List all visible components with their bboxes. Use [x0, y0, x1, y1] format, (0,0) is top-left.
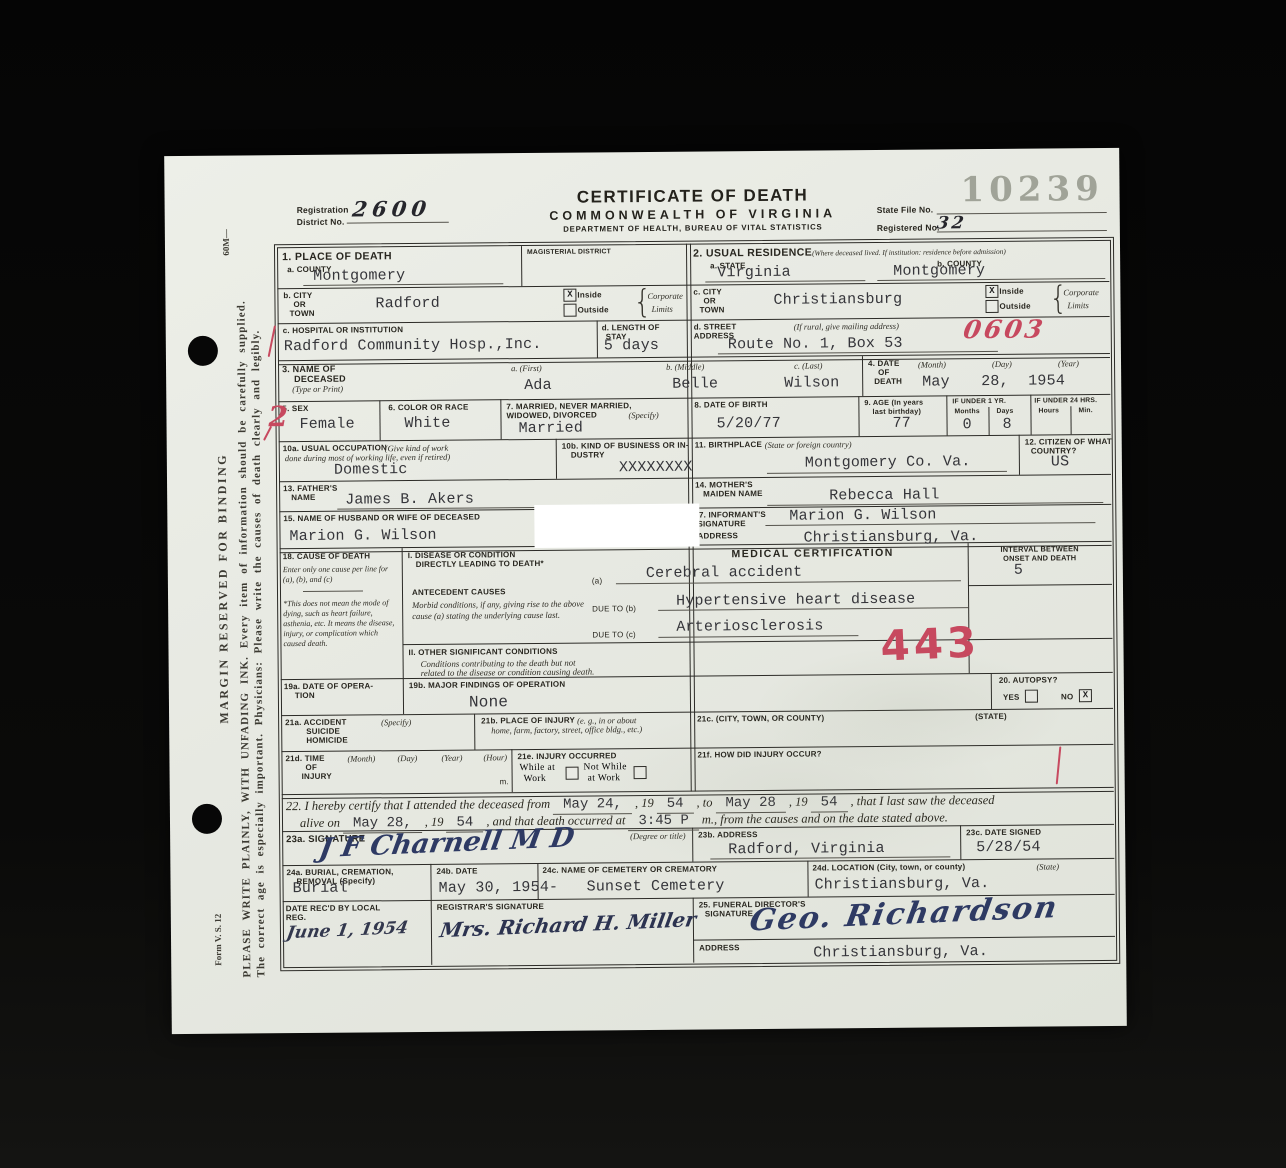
burial-date-label: 24b. DATE	[436, 866, 477, 876]
father-value: James B. Akers	[345, 491, 474, 509]
certify-from-year: 54	[657, 796, 694, 814]
res-outside-checkbox	[985, 300, 998, 313]
while-at-label-2: Work	[524, 774, 547, 784]
certify-text: m., from the causes and on the date stat…	[702, 810, 948, 826]
certify-text: , 19	[425, 815, 444, 829]
findings-label: 19b. MAJOR FINDINGS OF OPERATION	[409, 680, 566, 691]
check-mark: X	[567, 290, 572, 300]
certify-to-value: May 28	[715, 795, 786, 814]
injury-m-label: m.	[500, 777, 509, 787]
physician-address-label: 23b. ADDRESS	[698, 830, 758, 840]
print-run-code: 60M—	[221, 229, 231, 256]
marital-value: Married	[519, 421, 584, 438]
certify-text: 22. I hereby certify that I attended the…	[286, 797, 550, 813]
informant-signature-value: Marion G. Wilson	[789, 507, 936, 525]
res-city-label-3: TOWN	[700, 305, 725, 315]
burial-location-state-note: (State)	[1036, 861, 1059, 872]
registrar-signature-label: REGISTRAR'S SIGNATURE	[437, 902, 544, 913]
mother-label-2: MAIDEN NAME	[703, 489, 763, 499]
degree-title-note: (Degree or title)	[630, 831, 685, 842]
form-number: Form V. S. 12	[213, 914, 223, 966]
place-of-injury-note-2: home, farm, factory, street, office bldg…	[491, 724, 642, 736]
cause-c-label: DUE TO (c)	[592, 630, 636, 640]
certificate-title: CERTIFICATE OF DEATH	[512, 186, 872, 206]
certify-text: , to	[696, 795, 712, 809]
pod-inside-label: Inside	[577, 290, 601, 300]
margin-binding-note: MARGIN RESERVED FOR BINDING	[215, 453, 232, 724]
red-check-slash-hospital	[268, 325, 276, 357]
date-signed-value: 5/28/54	[976, 840, 1041, 857]
morbid-note: Morbid conditions, if any, giving rise t…	[412, 599, 584, 622]
under-24hr-label: IF UNDER 24 HRS.	[1034, 397, 1097, 406]
burial-value: Burial	[293, 881, 348, 898]
min-label: Min.	[1078, 407, 1092, 415]
cause-a-label: (a)	[592, 576, 602, 586]
disease-label-2: DIRECTLY LEADING TO DEATH*	[416, 559, 544, 570]
punch-hole-top	[188, 336, 218, 366]
pod-county-value: Montgomery	[313, 268, 405, 285]
street-note: (If rural, give mailing address)	[794, 321, 899, 333]
pod-limits-label: Limits	[651, 304, 672, 315]
months-value: 0	[962, 417, 971, 434]
other-conditions-note-2: related to the disease or condition caus…	[421, 666, 595, 678]
not-while-label-1: Not While	[583, 762, 626, 772]
certify-text: , 19	[635, 796, 654, 810]
res-state-value: Virginia	[717, 265, 791, 282]
cause-note-2: *This does not mean the mode of dying, s…	[283, 598, 397, 649]
res-inside-label: Inside	[999, 287, 1023, 297]
cause-note-1: Enter only one cause per line for (a), (…	[283, 564, 393, 585]
certify-time-value: 3:45 P	[628, 813, 699, 832]
autopsy-yes-checkbox	[1025, 690, 1038, 703]
pod-inside-checkbox: X	[563, 289, 576, 302]
burial-location-label: 24d. LOCATION (City, town, or county)	[812, 862, 965, 873]
certify-from-value: May 24,	[553, 796, 632, 815]
informant-address-value: Christiansburg, Va.	[803, 529, 978, 547]
magisterial-district-label: MAGISTERIAL DISTRICT	[527, 248, 611, 257]
pod-city-label-3: TOWN	[290, 309, 315, 319]
pod-corporate-label: Corporate	[647, 291, 683, 302]
check-mark: X	[1083, 690, 1088, 700]
certify-text: , 19	[789, 795, 808, 809]
pod-outside-checkbox	[563, 304, 576, 317]
under-1yr-label: IF UNDER 1 YR.	[952, 398, 1006, 407]
res-limits-label: Limits	[1067, 300, 1088, 311]
middle-name-label: b. (Middle)	[666, 361, 704, 372]
usual-residence-title: 2. USUAL RESIDENCE	[693, 247, 812, 261]
race-label: 6. COLOR OR RACE	[388, 403, 468, 413]
funeral-address-value: Christiansburg, Va.	[813, 944, 988, 962]
cemetery-label: 24c. NAME OF CEMETERY OR CREMATORY	[542, 864, 717, 875]
date-signed-label: 23c. DATE SIGNED	[966, 828, 1041, 838]
father-label-2: NAME	[291, 493, 315, 503]
spouse-label: 15. NAME OF HUSBAND OR WIFE OF DECEASED	[283, 512, 480, 523]
physician-address-value: Radford, Virginia	[728, 841, 885, 859]
dod-year-value: 1954	[1028, 373, 1065, 390]
time-of-injury-label-3: INJURY	[302, 772, 332, 782]
dod-month-value: May	[922, 374, 950, 391]
industry-value: XXXXXXXX	[619, 460, 693, 477]
registration-label-2: District No.	[297, 217, 345, 228]
days-value: 8	[1002, 417, 1011, 434]
operation-date-label-2: TION	[295, 691, 315, 701]
state-file-stamp-number: 10239	[960, 172, 1104, 207]
dod-month-label: (Month)	[918, 359, 946, 370]
registration-district-number: 2600	[351, 198, 432, 220]
certificate-paper: 60M— MARGIN RESERVED FOR BINDING PLEASE …	[164, 148, 1127, 1034]
date-recd-label-2: REG.	[286, 913, 306, 923]
registration-label-1: Registration	[297, 205, 349, 216]
cemetery-value: Sunset Cemetery	[587, 878, 725, 896]
findings-value: None	[469, 694, 508, 712]
usual-residence-note: (Where deceased lived. If institution: r…	[812, 247, 1006, 258]
last-name-label: c. (Last)	[794, 360, 822, 371]
cause-label: 18. CAUSE OF DEATH	[283, 551, 371, 561]
dod-day-label: (Day)	[992, 359, 1012, 370]
other-conditions-label: II. OTHER SIGNIFICANT CONDITIONS	[408, 647, 557, 658]
res-outside-label: Outside	[999, 302, 1030, 312]
first-name-label: a. (First)	[511, 363, 542, 374]
autopsy-label: 20. AUTOPSY?	[999, 675, 1058, 685]
last-name-value: Wilson	[784, 375, 839, 392]
citizen-value: US	[1051, 454, 1070, 471]
dob-value: 5/20/77	[716, 416, 781, 433]
certify-text: alive on	[300, 816, 340, 830]
commonwealth-subtitle: COMMONWEALTH OF VIRGINIA	[513, 207, 873, 223]
burial-location-value: Christiansburg, Va.	[815, 876, 990, 894]
dod-day-value: 28,	[981, 374, 1009, 391]
name-label-3: (Type or Print)	[292, 384, 343, 395]
injury-hour-label: (Hour)	[483, 752, 507, 763]
dod-year-label: (Year)	[1058, 358, 1079, 369]
place-of-death-title: 1. PLACE OF DEATH	[282, 250, 392, 264]
spouse-value: Marion G. Wilson	[289, 528, 436, 546]
punch-hole-bottom	[192, 804, 222, 834]
autopsy-yes-label: YES	[1003, 693, 1020, 703]
registered-number: 32	[936, 215, 968, 232]
funeral-director-label-2: SIGNATURE	[705, 909, 753, 919]
birthplace-value: Montgomery Co. Va.	[805, 454, 971, 472]
injury-state-label: (STATE)	[975, 712, 1007, 722]
stay-value: 5 days	[604, 338, 659, 355]
autopsy-no-label: NO	[1061, 692, 1073, 702]
cause-b-label: DUE TO (b)	[592, 604, 636, 614]
state-file-label: State File No.	[877, 204, 934, 215]
injury-year-label: (Year)	[441, 753, 462, 764]
scanned-death-certificate: 60M— MARGIN RESERVED FOR BINDING PLEASE …	[0, 0, 1286, 1168]
funeral-address-label: ADDRESS	[699, 943, 740, 953]
certify-text: , that I last saw the deceased	[850, 793, 994, 808]
red-code-0603: 0603	[962, 316, 1048, 342]
not-while-at-work-checkbox	[634, 766, 647, 779]
accident-specify-note: (Specify)	[381, 717, 411, 728]
cause-c-value: Arteriosclerosis	[676, 618, 823, 636]
birthplace-label: 11. BIRTHPLACE	[695, 440, 762, 450]
interval-value: 5	[1014, 563, 1023, 580]
race-value: White	[404, 416, 450, 433]
registered-no-label: Registered No.	[877, 222, 940, 233]
res-corporate-label: Corporate	[1063, 287, 1099, 298]
certify-to-year: 54	[811, 794, 848, 812]
while-at-label-1: While at	[519, 763, 555, 773]
informant-address-label: ADDRESS	[697, 531, 738, 541]
sex-value: Female	[299, 417, 354, 434]
pod-outside-label: Outside	[578, 305, 609, 315]
occupation-value: Domestic	[334, 462, 408, 479]
check-mark: X	[989, 286, 994, 296]
antecedent-label: ANTECEDENT CAUSES	[412, 587, 506, 597]
hospital-label: c. HOSPITAL OR INSTITUTION	[283, 325, 404, 336]
accident-label-3: HOMICIDE	[306, 736, 348, 746]
medical-certification-title: MEDICAL CERTIFICATION	[668, 546, 958, 561]
injury-city-label: 21c. (CITY, TOWN, OR COUNTY)	[697, 713, 824, 724]
autopsy-no-checkbox: X	[1079, 689, 1092, 702]
hospital-value: Radford Community Hosp.,Inc.	[284, 337, 542, 356]
birthplace-note: (State or foreign country)	[765, 439, 852, 450]
res-city-value: Christiansburg	[773, 292, 902, 310]
cause-a-value: Cerebral accident	[646, 565, 803, 583]
not-while-label-2: at Work	[588, 773, 621, 783]
pod-city-value: Radford	[375, 296, 440, 313]
res-inside-checkbox: X	[985, 285, 998, 298]
res-county-value: Montgomery	[893, 263, 985, 280]
injury-month-label: (Month)	[347, 753, 375, 764]
department-line: DEPARTMENT OF HEALTH, BUREAU OF VITAL ST…	[513, 223, 873, 234]
injury-occurred-label: 21e. INJURY OCCURRED	[517, 751, 616, 761]
how-injury-label: 21f. HOW DID INJURY OCCUR?	[697, 749, 821, 760]
while-at-work-checkbox	[566, 767, 579, 780]
hours-label: Hours	[1038, 407, 1059, 415]
age-value: 77	[892, 416, 911, 433]
redaction-box	[534, 504, 699, 548]
mother-value: Rebecca Hall	[829, 487, 940, 504]
injury-day-label: (Day)	[397, 753, 417, 764]
middle-name-value: Belle	[672, 376, 718, 393]
industry-label-2: DUSTRY	[571, 450, 605, 460]
interval-label-2: ONSET AND DEATH	[970, 554, 1110, 564]
first-name-value: Ada	[524, 378, 552, 395]
burial-date-value: May 30, 1954-	[439, 880, 559, 898]
dob-label: 8. DATE OF BIRTH	[694, 400, 767, 410]
informant-label-2: SIGNATURE	[697, 519, 745, 529]
dod-label-3: DEATH	[874, 377, 902, 387]
red-code-443: 443	[880, 621, 981, 667]
marital-specify-note: (Specify)	[628, 410, 658, 421]
